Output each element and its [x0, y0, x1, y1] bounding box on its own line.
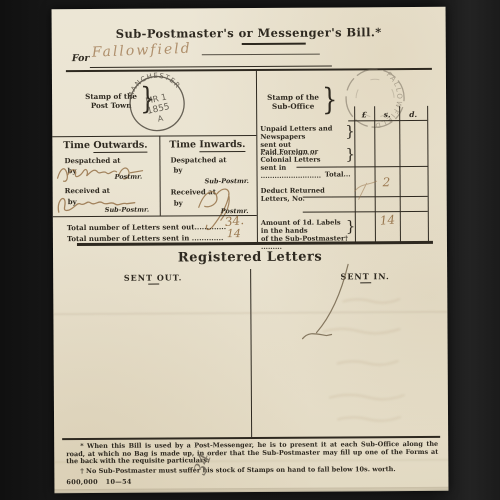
footnote-dagger: † No Sub-Postmaster must suffer his stoc…	[66, 466, 438, 476]
for-label: For	[72, 53, 90, 64]
deduct-s-value: 2	[383, 175, 391, 189]
col-header-pound: £	[354, 110, 374, 119]
deduct-returned-label: Deduct Returned Letters, No.	[261, 186, 353, 203]
paid-brace: }	[345, 145, 355, 163]
stamp-row-rule	[52, 135, 256, 137]
for-fill-line	[202, 54, 320, 56]
sent-out-header: SENT OUT.	[93, 272, 213, 283]
photo-background: Sub-Postmaster's or Messenger's Bill.* F…	[0, 0, 500, 500]
document-title: Sub-Postmaster's or Messenger's Bill.*	[52, 25, 446, 41]
postmark-index: A	[157, 114, 165, 124]
outwards-despatched-officer-label: Postmr.	[115, 173, 143, 181]
col-header-pence: d.	[403, 110, 423, 119]
labels-s-value: 14	[379, 213, 395, 228]
labels-amount-row-label: Amount of 1d. Labels in the hands of the…	[261, 218, 349, 251]
outwards-received-officer-label: Sub-Postmr.	[105, 206, 149, 214]
title-underline	[242, 43, 306, 45]
manchester-postmark: MANCHESTER MR 1 1855 A	[120, 67, 194, 141]
inwards-received-by-label: by	[174, 198, 183, 207]
table-mid-rule-3	[303, 211, 428, 213]
labels-brace: }	[346, 217, 356, 235]
verso-show-through	[303, 293, 444, 439]
registered-column-divider	[250, 269, 252, 437]
inwards-despatched-label: Despatched at	[170, 155, 226, 164]
sent-out-dash	[148, 284, 159, 285]
col-header-shilling: s.	[377, 110, 397, 119]
registered-letters-heading: Registered Letters	[53, 249, 447, 266]
inwards-despatched-by-label: by	[173, 165, 182, 174]
time-outwards-header: Time Outwards.	[54, 140, 156, 152]
table-vline-right	[427, 106, 429, 242]
for-value-handwriting: Fallowfield	[91, 41, 191, 61]
bill-document: Sub-Postmaster's or Messenger's Bill.* F…	[52, 7, 449, 492]
sub-office-stamp-label: Stamp of the Sub-Office	[264, 94, 322, 111]
sent-in-dash	[360, 282, 371, 283]
table-total-label: Total...	[261, 170, 351, 179]
footnote-asterisk: * When this Bill is used by a Post-Messe…	[66, 441, 438, 466]
total-sent-out-label: Total number of Letters sent out........…	[67, 222, 226, 232]
time-inwards-header: Time Inwards.	[160, 139, 254, 151]
total-sent-in-value: 14	[227, 227, 241, 240]
unpaid-brace: }	[345, 122, 355, 140]
center-divider	[256, 69, 258, 243]
deduct-pen-stroke	[353, 175, 379, 201]
table-mid-rule-1	[296, 166, 427, 168]
print-imprint: 600,000 10—54	[66, 478, 131, 486]
